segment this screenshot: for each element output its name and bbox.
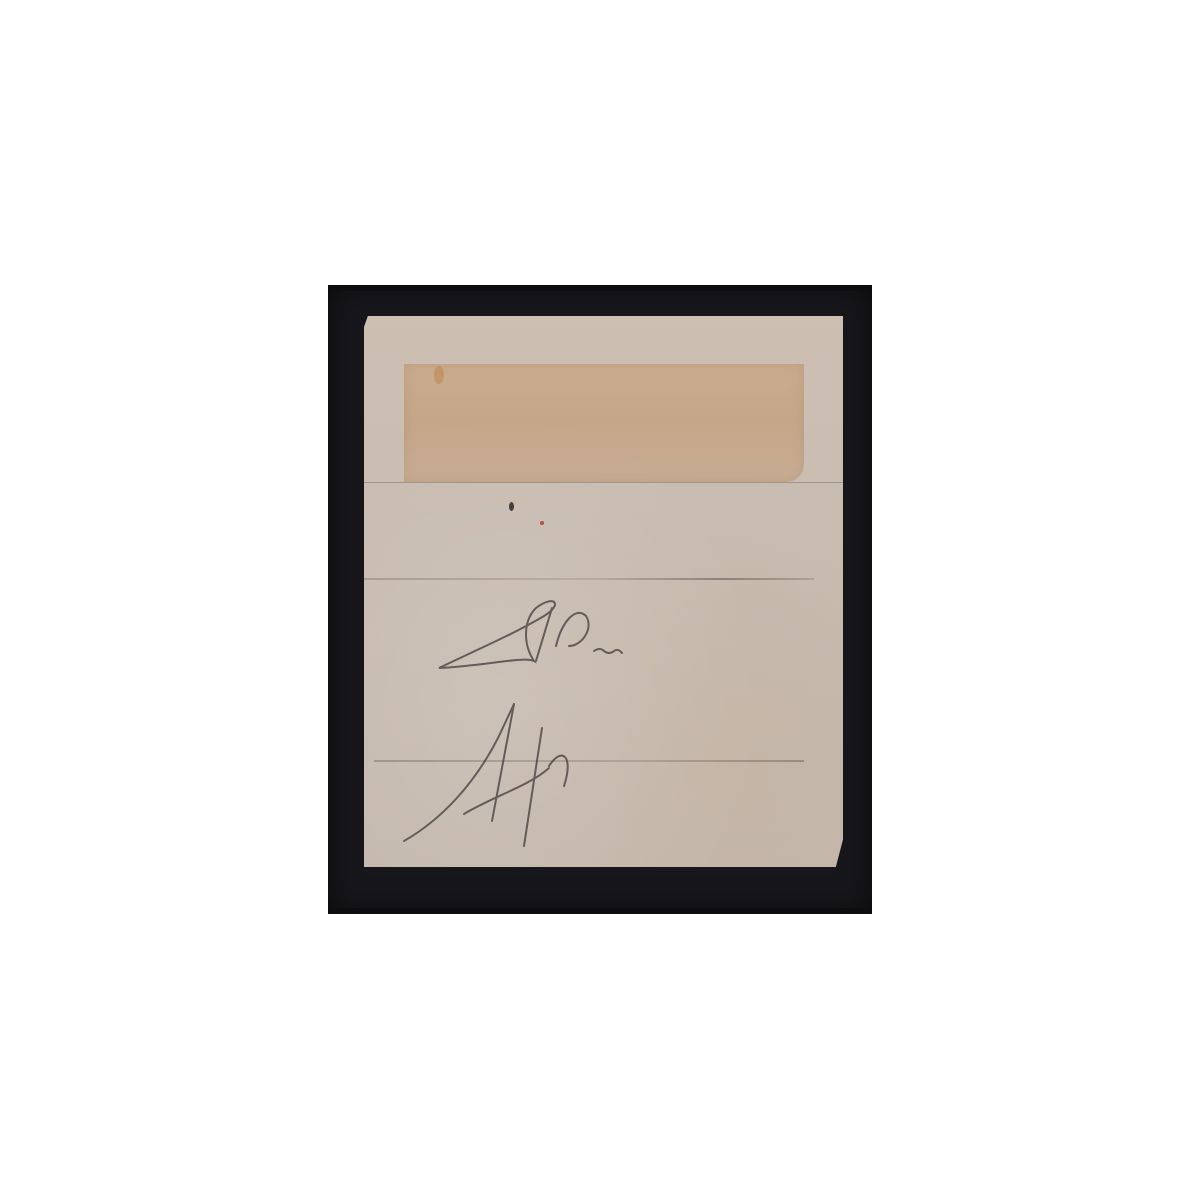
pencil-signatures [364, 316, 843, 867]
mount-bottom-edge [328, 908, 872, 914]
mount-top-edge [328, 285, 872, 291]
stamp-back [364, 316, 843, 867]
